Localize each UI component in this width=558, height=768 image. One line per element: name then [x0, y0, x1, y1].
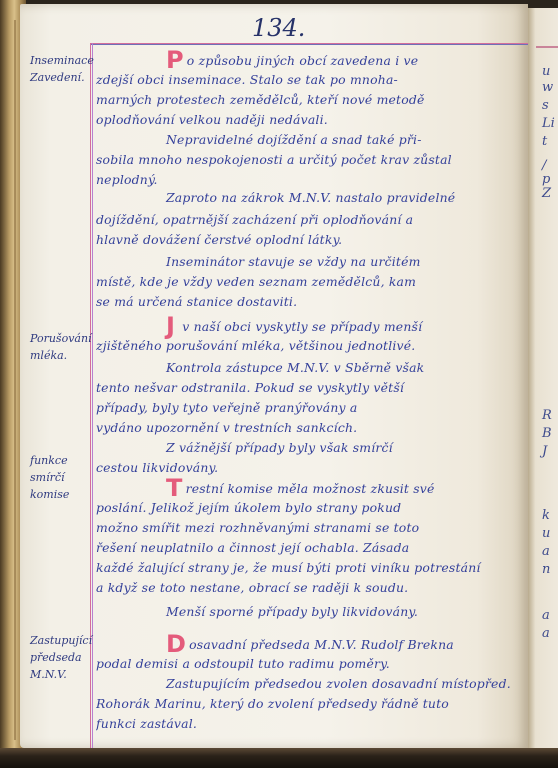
next-page-text-fragment: w [542, 80, 553, 95]
text-line-content: vydáno upozornění v trestních sankcích. [96, 420, 357, 435]
text-line-content: oplodňování velkou naději nedávali. [96, 112, 328, 127]
text-line: Zastupujícím předsedou zvolen dosavadní … [96, 676, 526, 691]
text-line-content: se má určená stanice dostaviti. [96, 294, 297, 309]
text-line-content: funkci zastával. [96, 716, 197, 731]
text-line: sobila mnoho nespokojenosti a určitý poč… [96, 152, 526, 167]
text-line-content: marných protestech zemědělců, kteří nové… [96, 92, 425, 107]
text-line-content: tento nešvar odstranila. Pokud se vyskyt… [96, 380, 404, 395]
text-line: každé žalující strany je, že musí býti p… [96, 560, 526, 575]
text-line: případy, byly tyto veřejně pranýřovány a [96, 400, 526, 415]
next-page-text-fragment: u [542, 64, 550, 79]
text-line-content: možno smířit mezi rozhněvanými stranami … [96, 520, 419, 535]
text-line: Menší sporné případy byly likvidovány. [96, 604, 526, 619]
text-line-content: Zaproto na zákrok M.N.V. nastalo pravide… [166, 190, 455, 205]
text-line: místě, kde je vždy veden seznam zemědělc… [96, 274, 526, 289]
next-page-text-fragment: a [542, 608, 550, 623]
text-line: poslání. Jelikož jejím úkolem bylo stran… [96, 500, 526, 515]
text-line-content: neplodný. [96, 172, 158, 187]
next-page-text-fragment: R [542, 408, 552, 423]
text-line-content: Z vážnější případy byly však smírčí [166, 440, 393, 455]
next-page-edge: uwsLit/pZRBJkuanaa [528, 8, 558, 748]
red-initial-letter: T [166, 474, 183, 502]
text-line-content: o způsobu jiných obcí zavedena i ve [187, 53, 418, 68]
next-page-text-fragment: a [542, 544, 550, 559]
red-initial-letter: J [166, 312, 175, 340]
text-line-content: Menší sporné případy byly likvidovány. [166, 604, 418, 619]
text-line: se má určená stanice dostaviti. [96, 294, 526, 309]
book-bottom-edge [0, 748, 558, 768]
text-line-content: místě, kde je vždy veden seznam zemědělc… [96, 274, 416, 289]
margin-note-insemination: Inseminace Zavedení. [30, 52, 90, 86]
text-line-content: poslání. Jelikož jejím úkolem bylo stran… [96, 500, 401, 515]
text-line: Rohorák Marinu, který do zvolení předsed… [96, 696, 526, 711]
red-initial-letter: P [166, 46, 184, 74]
text-line-content: cestou likvidovány. [96, 460, 218, 475]
margin-note-deputy-chairman: Zastupující předseda M.N.V. [30, 632, 90, 683]
text-line: Dosavadní předseda M.N.V. Rudolf Brekna [96, 630, 526, 658]
text-line-content: osavadní předseda M.N.V. Rudolf Brekna [189, 637, 454, 652]
next-page-text-fragment: u [542, 526, 550, 541]
red-initial-letter: D [166, 630, 186, 658]
next-page-text-fragment: Li [542, 116, 555, 131]
top-rule-line [90, 43, 528, 45]
page-number: 134. [252, 14, 305, 42]
next-page-rule [536, 46, 558, 48]
text-line-content: každé žalující strany je, že musí býti p… [96, 560, 481, 575]
next-page-text-fragment: / [542, 158, 546, 173]
text-line: Inseminátor stavuje se vždy na určitém [96, 254, 526, 269]
text-line-content: Nepravidelné dojíždění a snad také při- [166, 132, 422, 147]
text-line-content: řešení neuplatnilo a činnost její ochabl… [96, 540, 409, 555]
next-page-text-fragment: n [542, 562, 550, 577]
text-line-content: Kontrola zástupce M.N.V. v Sběrně však [166, 360, 424, 375]
text-line-content: Rohorák Marinu, který do zvolení předsed… [96, 696, 449, 711]
text-line: a když se toto nestane, obrací se raději… [96, 580, 526, 595]
next-page-text-fragment: k [542, 508, 550, 523]
margin-note-milk-adulteration: Porušování mléka. [30, 330, 90, 364]
text-line: tento nešvar odstranila. Pokud se vyskyt… [96, 380, 526, 395]
ledger-book: uwsLit/pZRBJkuanaa 134. Inseminace Zaved… [0, 0, 558, 768]
text-line: Trestní komise měla možnost zkusit své [96, 474, 526, 502]
text-line-content: restní komise měla možnost zkusit své [186, 481, 435, 496]
text-line-content: zjištěného porušování mléka, většinou je… [96, 338, 415, 353]
text-line: zjištěného porušování mléka, většinou je… [96, 338, 526, 353]
text-line: Nepravidelné dojíždění a snad také při- [96, 132, 526, 147]
margin-note-conciliation-committee: funkce smírčí komise [30, 452, 90, 503]
text-line-content: hlavně dovážení čerstvé oplodní látky. [96, 232, 342, 247]
text-line: neplodný. [96, 172, 526, 187]
text-line: vydáno upozornění v trestních sankcích. [96, 420, 526, 435]
text-line: J v naší obci vyskytly se případy menší [96, 312, 526, 340]
next-page-text-fragment: B [542, 426, 552, 441]
next-page-text-fragment: Z [542, 186, 551, 201]
text-line: Z vážnější případy byly však smírčí [96, 440, 526, 455]
next-page-text-fragment: p [542, 172, 550, 187]
next-page-text-fragment: a [542, 626, 550, 641]
text-line-content: Zastupujícím předsedou zvolen dosavadní … [166, 676, 511, 691]
text-line: funkci zastával. [96, 716, 526, 731]
text-line-content: sobila mnoho nespokojenosti a určitý poč… [96, 152, 452, 167]
text-line: cestou likvidovány. [96, 460, 526, 475]
next-page-text-fragment: s [542, 98, 549, 113]
text-line: marných protestech zemědělců, kteří nové… [96, 92, 526, 107]
text-line: podal demisi a odstoupil tuto radimu pom… [96, 656, 526, 671]
text-line-content: podal demisi a odstoupil tuto radimu pom… [96, 656, 390, 671]
text-line-content: dojíždění, opatrnější zacházení při oplo… [96, 212, 413, 227]
text-line: oplodňování velkou naději nedávali. [96, 112, 526, 127]
text-line: zdejší obci inseminace. Stalo se tak po … [96, 72, 526, 87]
text-line: hlavně dovážení čerstvé oplodní látky. [96, 232, 526, 247]
text-line: Kontrola zástupce M.N.V. v Sběrně však [96, 360, 526, 375]
text-line: možno smířit mezi rozhněvanými stranami … [96, 520, 526, 535]
text-line: dojíždění, opatrnější zacházení při oplo… [96, 212, 526, 227]
text-line-content: a když se toto nestane, obrací se raději… [96, 580, 408, 595]
text-line: Zaproto na zákrok M.N.V. nastalo pravide… [96, 190, 526, 205]
text-line-content: případy, byly tyto veřejně pranýřovány a [96, 400, 357, 415]
next-page-text-fragment: t [542, 134, 547, 149]
text-line: Po způsobu jiných obcí zavedena i ve [96, 46, 526, 74]
text-line-content: v naší obci vyskytly se případy menší [178, 319, 422, 334]
text-line: řešení neuplatnilo a činnost její ochabl… [96, 540, 526, 555]
text-line-content: zdejší obci inseminace. Stalo se tak po … [96, 72, 398, 87]
next-page-text-fragment: J [542, 444, 547, 459]
text-line-content: Inseminátor stavuje se vždy na určitém [166, 254, 421, 269]
